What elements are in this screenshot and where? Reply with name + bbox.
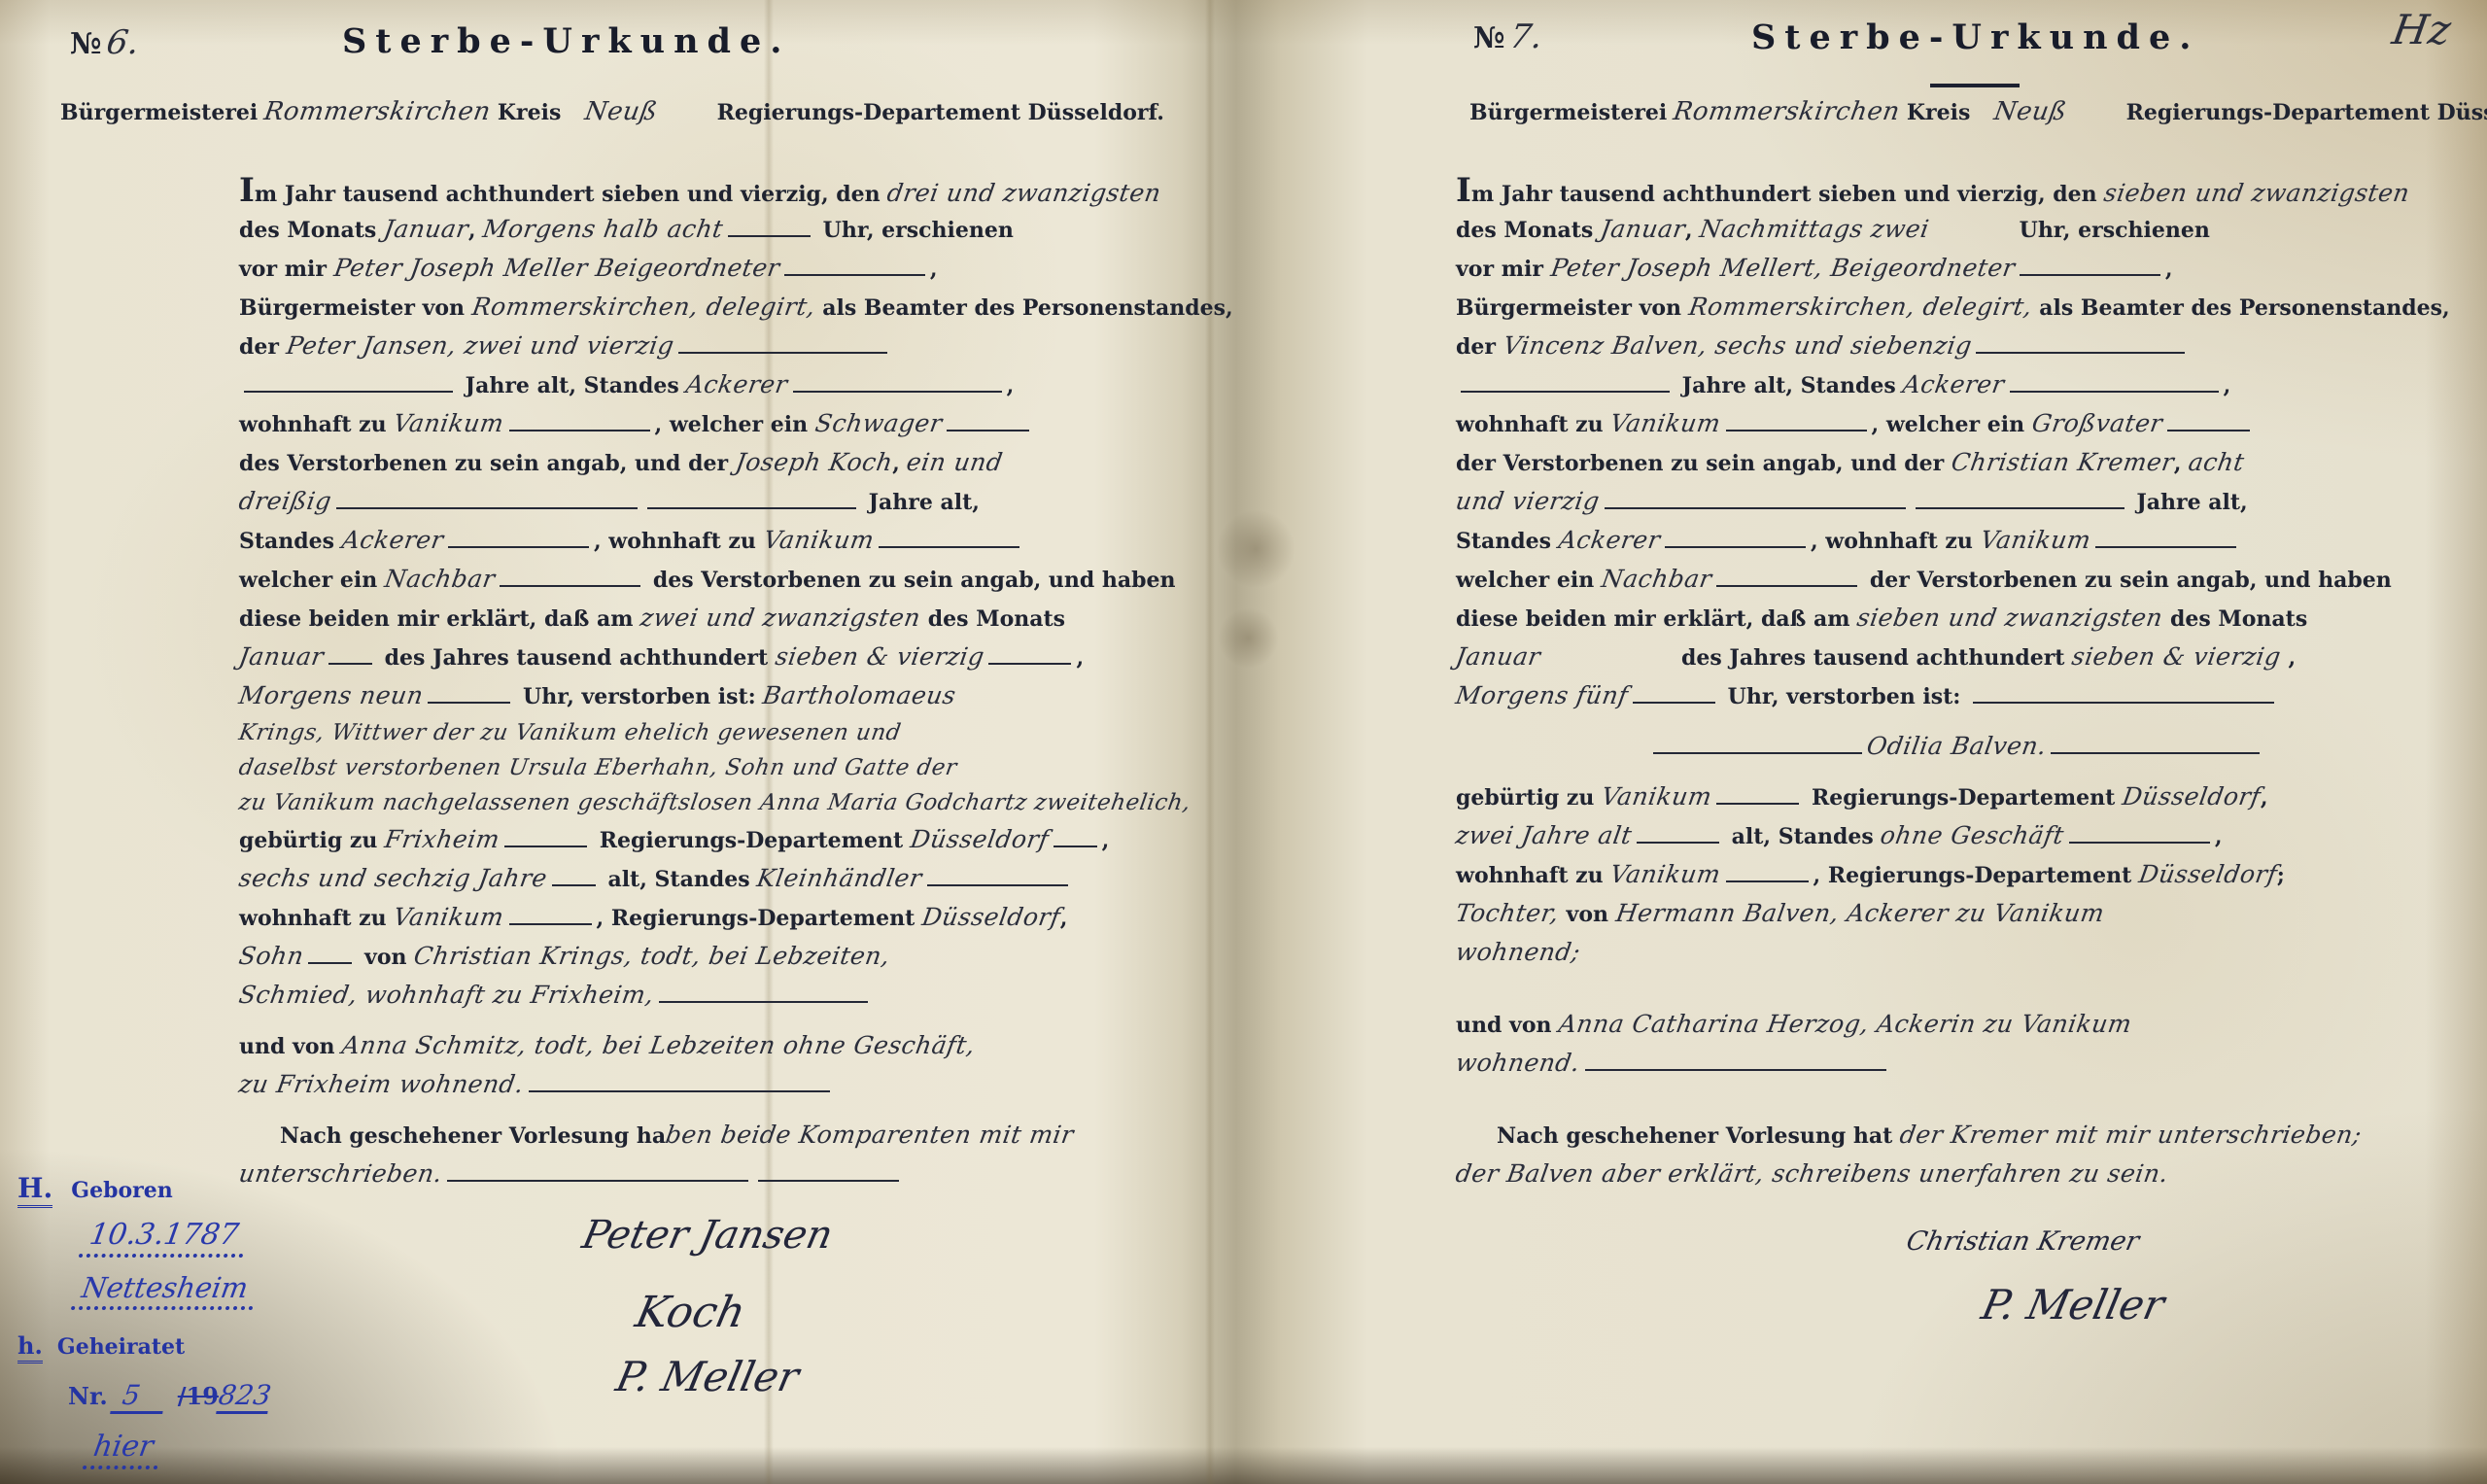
signature-registrar: P. Meller xyxy=(1978,1281,2169,1329)
blank-rule xyxy=(244,369,453,393)
married-row: h. Geheiratet xyxy=(17,1331,270,1360)
blank-rule xyxy=(988,641,1071,665)
handwritten-text: ben beide Komparenten mit mir xyxy=(663,1116,1077,1155)
form-line: gebürtig zu Frixheim Regierungs-Departem… xyxy=(239,820,1143,859)
printed-text: Nach geschehener Vorlesung ha xyxy=(280,1123,666,1149)
handwritten-text: Tochter, xyxy=(1453,894,1562,933)
spacer xyxy=(1540,643,1681,665)
form-line: Januar des Jahres tausend achthundert si… xyxy=(239,638,1143,676)
printed-text: alt, Standes xyxy=(601,867,757,892)
handwritten-text: sieben und zwanzigsten xyxy=(1854,599,2165,638)
handwritten-text: Bartholomaeus xyxy=(760,676,959,715)
blank-rule xyxy=(758,1158,899,1182)
handwritten-text: Ackerer xyxy=(1556,521,1664,560)
handwritten-text: Ackerer xyxy=(1900,365,2008,404)
born-place-handwritten: Nettesheim xyxy=(71,1271,259,1310)
handwritten-text: zwei und zwanzigsten xyxy=(638,599,923,638)
printed-text: Im Jahr tausend achthundert sieben und v… xyxy=(239,182,887,207)
form-line: wohnend; xyxy=(1456,933,2457,972)
handwritten-text: zu Vanikum nachgelassenen geschäftslosen… xyxy=(236,785,1193,820)
handwritten-text: der Kremer mit mir unterschrieben; xyxy=(1897,1116,2365,1155)
blank-rule xyxy=(1665,525,1806,548)
handwritten-text: Krings, Wittwer der zu Vanikum ehelich g… xyxy=(236,715,904,750)
blank-rule xyxy=(927,863,1068,886)
margin-notes: H. Geboren 10.3.1787 Nettesheim h. Gehei… xyxy=(17,1172,270,1483)
form-line: der Verstorbenen zu sein angab, und der … xyxy=(1456,443,2457,482)
mayoralty-value: Rommerskirchen xyxy=(1672,97,1902,126)
born-label-stamp: Geboren xyxy=(71,1178,172,1203)
blank-rule xyxy=(647,486,856,509)
printed-text: , xyxy=(1102,828,1110,853)
handwritten-text: der Balven aber erklärt, schreibens uner… xyxy=(1453,1155,2171,1193)
printed-text: , welcher ein xyxy=(1872,412,2032,437)
printed-text: alt, Standes xyxy=(1724,824,1881,849)
signature-declarant-2: Koch xyxy=(632,1288,750,1337)
handwritten-text: und vierzig xyxy=(1453,482,1603,521)
form-line: und vierzig Jahre alt, xyxy=(1456,482,2457,521)
born-initial-stamp: H. xyxy=(17,1172,52,1208)
printed-text: Jahre alt, Standes xyxy=(458,373,686,398)
blank-rule xyxy=(1973,680,2274,704)
printed-text: , xyxy=(1076,645,1084,671)
right-record-number: № 7. xyxy=(1473,17,1542,56)
right-bureau-line: Bürgermeisterei Rommerskirchen Kreis Neu… xyxy=(1469,97,2487,126)
mayoralty-label: Bürgermeisterei xyxy=(60,100,258,125)
printed-text: Uhr, verstorben ist: xyxy=(1720,684,1968,709)
form-line: sechs und sechzig Jahre alt, Standes Kle… xyxy=(239,859,1143,898)
handwritten-text: Sohn xyxy=(236,937,307,976)
printed-text: diese beiden mir erklärt, daß am xyxy=(239,606,640,632)
blank-rule xyxy=(2069,820,2210,844)
blank-rule xyxy=(552,863,596,886)
printed-text: des Jahres tausend achthundert xyxy=(1681,645,2072,671)
printed-text: Jahre alt, xyxy=(861,490,980,515)
handwritten-text: wohnend. xyxy=(1453,1044,1583,1083)
handwritten-text: Ackerer xyxy=(683,365,791,404)
blank-rule xyxy=(328,641,372,665)
handwritten-text: Schmied, wohnhaft zu Frixheim, xyxy=(236,976,657,1015)
blank-rule xyxy=(336,486,638,509)
printed-text: des Jahres tausend achthundert xyxy=(377,645,776,671)
numero-sign: № xyxy=(70,27,102,61)
handwritten-text: ohne Geschäft xyxy=(1878,816,2067,855)
printed-text: als Beamter des Personenstandes, xyxy=(2032,295,2450,321)
right-page-title: Sterbe-Urkunde. xyxy=(1751,17,2199,57)
form-line: wohnhaft zu Vanikum, Regierungs-Departem… xyxy=(239,898,1143,937)
blank-rule xyxy=(448,525,589,548)
blank-rule xyxy=(308,941,352,964)
handwritten-text: daselbst verstorbenen Ursula Eberhahn, S… xyxy=(236,750,959,785)
form-line: wohnhaft zu Vanikum, Regierungs-Departem… xyxy=(1456,855,2457,894)
printed-text: des Monats xyxy=(239,218,384,243)
handwritten-text: Morgens fünf xyxy=(1453,676,1631,715)
blank-rule xyxy=(947,408,1029,431)
handwritten-text: ein und xyxy=(904,443,1006,482)
form-line: zu Vanikum nachgelassenen geschäftslosen… xyxy=(239,785,1143,820)
form-line: Bürgermeister von Rommerskirchen, delegi… xyxy=(1456,288,2457,327)
printed-text: des Monats xyxy=(920,606,1065,632)
blank-rule xyxy=(784,253,925,276)
handwritten-text: zwei Jahre alt xyxy=(1453,816,1635,855)
form-line: Odilia Balven. xyxy=(1456,727,2457,766)
blank-rule xyxy=(1054,824,1097,847)
printed-text: des Verstorbenen zu sein angab, und habe… xyxy=(645,568,1175,593)
blank-rule xyxy=(2020,253,2160,276)
form-line: Schmied, wohnhaft zu Frixheim, xyxy=(239,976,1143,1015)
blank-rule xyxy=(504,824,587,847)
form-line: Januardes Jahres tausend achthundert sie… xyxy=(1456,638,2457,676)
blank-rule xyxy=(659,980,868,1003)
printed-text: Regierungs-Departement xyxy=(592,828,911,853)
mayoralty-label: Bürgermeisterei xyxy=(1469,100,1667,125)
blank-rule xyxy=(1605,486,1906,509)
printed-text: , wohnhaft zu xyxy=(594,529,764,554)
form-line: Tochter, von Hermann Balven, Ackerer zu … xyxy=(1456,894,2457,933)
printed-text: welcher ein xyxy=(1456,568,1602,593)
blank-rule xyxy=(509,902,592,925)
blank-rule xyxy=(1716,781,1799,805)
printed-text: , xyxy=(2224,373,2231,398)
handwritten-text: Christian Krings, todt, bei Lebzeiten, xyxy=(411,937,893,976)
form-line: Standes Ackerer, wohnhaft zu Vanikum xyxy=(239,521,1143,560)
paper-crease xyxy=(1205,0,1215,1484)
born-place-row: Nettesheim xyxy=(74,1271,270,1310)
handwritten-text: drei und zwanzigsten xyxy=(884,174,1164,213)
handwritten-text: Vanikum xyxy=(391,898,507,937)
blank-rule xyxy=(428,680,510,704)
handwritten-text: Morgens halb acht xyxy=(480,210,726,249)
blank-rule xyxy=(1976,330,2185,354)
printed-text: von xyxy=(357,945,414,970)
blank-rule xyxy=(509,408,650,431)
printed-text: vor mir xyxy=(1456,257,1551,282)
form-line: der Peter Jansen, zwei und vierzig xyxy=(239,327,1143,365)
handwritten-text: Januar xyxy=(1598,210,1688,249)
handwritten-text: Odilia Balven. xyxy=(1864,727,2050,766)
form-line: wohnhaft zu Vanikum, welcher ein Schwage… xyxy=(239,404,1143,443)
handwritten-text: Düsseldorf xyxy=(2136,855,2280,894)
handwritten-text: Vanikum xyxy=(1607,855,1724,894)
handwritten-text: Nachbar xyxy=(1599,560,1715,599)
handwritten-text: Hermann Balven, Ackerer zu Vanikum xyxy=(1613,894,2107,933)
handwritten-text: Rommerskirchen, delegirt, xyxy=(1686,288,2035,327)
printed-text: des Monats xyxy=(2162,606,2307,632)
printed-text: und von xyxy=(239,1034,342,1059)
handwritten-text: Schwager xyxy=(812,404,946,443)
born-date-handwritten: 10.3.1787 xyxy=(79,1218,249,1258)
left-bureau-line: Bürgermeisterei Rommerskirchen Kreis Neu… xyxy=(60,97,1164,126)
death-register-photo: № 6. Sterbe-Urkunde. Bürgermeisterei Rom… xyxy=(0,0,2487,1484)
blank-rule xyxy=(1633,680,1715,704)
printed-text: wohnhaft zu xyxy=(1456,863,1610,888)
numero-sign: № xyxy=(1473,21,1505,55)
handwritten-text: sieben & vierzig xyxy=(2069,638,2284,676)
form-line: wohnend. xyxy=(1456,1044,2457,1083)
printed-text: , xyxy=(2215,824,2223,849)
blank-rule xyxy=(2167,408,2250,431)
printed-text: , xyxy=(930,257,938,282)
form-line: Jahre alt, Standes Ackerer, xyxy=(1456,365,2457,404)
blank-rule xyxy=(500,564,640,587)
printed-text: Im Jahr tausend achthundert sieben und v… xyxy=(1456,182,2104,207)
printed-text: Jahre alt, Standes xyxy=(1675,373,1903,398)
form-line: und von Anna Catharina Herzog, Ackerin z… xyxy=(1456,1005,2457,1044)
printed-text: , wohnhaft zu xyxy=(1811,529,1981,554)
handwritten-text: Vanikum xyxy=(391,404,507,443)
kreis-value: Neuß xyxy=(583,97,660,126)
handwritten-text: sechs und sechzig Jahre xyxy=(236,859,550,898)
blank-rule xyxy=(879,525,1019,548)
handwritten-text: Großvater xyxy=(2029,404,2165,443)
form-line: welcher ein Nachbar des Verstorbenen zu … xyxy=(239,560,1143,599)
marriage-year-stamp-struck: /19 xyxy=(178,1382,219,1410)
signature-declarant-1: Peter Jansen xyxy=(578,1213,837,1258)
married-initial-stamp: h. xyxy=(17,1331,43,1363)
handwritten-text: Anna Catharina Herzog, Ackerin zu Vaniku… xyxy=(1556,1005,2135,1044)
department-label: Regierungs-Departement Düsseldorf. xyxy=(717,100,1164,125)
handwritten-text: wohnend; xyxy=(1453,933,1583,972)
married-place-row: hier xyxy=(86,1430,270,1469)
form-line: vor mir Peter Joseph Meller Beigeordnete… xyxy=(239,249,1143,288)
handwritten-text: sieben & vierzig xyxy=(773,638,987,676)
printed-text: wohnhaft zu xyxy=(239,412,394,437)
handwritten-text: sieben und zwanzigsten xyxy=(2101,174,2412,213)
blank-rule xyxy=(1726,408,1867,431)
form-line: vor mir Peter Joseph Mellert, Beigeordne… xyxy=(1456,249,2457,288)
title-rule xyxy=(1930,84,2020,87)
form-line: Bürgermeister von Rommerskirchen, delegi… xyxy=(239,288,1143,327)
form-line: Nach geschehener Vorlesung haben beide K… xyxy=(280,1116,1143,1155)
handwritten-text: Januar xyxy=(236,638,327,676)
handwritten-text: Kleinhändler xyxy=(754,859,925,898)
printed-text: Regierungs-Departement xyxy=(1804,785,2123,811)
printed-text: Bürgermeister von xyxy=(1456,295,1689,321)
form-line: zwei Jahre alt alt, Standes ohne Geschäf… xyxy=(1456,816,2457,855)
blank-rule xyxy=(1461,369,1670,393)
printed-text: Standes xyxy=(239,529,342,554)
handwritten-text: dreißig xyxy=(236,482,334,521)
handwritten-text: Ackerer xyxy=(339,521,447,560)
form-line: Krings, Wittwer der zu Vanikum ehelich g… xyxy=(239,715,1143,750)
form-line: daselbst verstorbenen Ursula Eberhahn, S… xyxy=(239,750,1143,785)
printed-text: Standes xyxy=(1456,529,1559,554)
kreis-label: Kreis xyxy=(498,100,561,125)
handwritten-text: Vanikum xyxy=(760,521,877,560)
form-line: Im Jahr tausend achthundert sieben und v… xyxy=(1456,171,2457,210)
form-line: Nach geschehener Vorlesung hat der Kreme… xyxy=(1497,1116,2457,1155)
blank-rule xyxy=(793,369,1002,393)
printed-text: , Regierungs-Departement xyxy=(1813,863,2139,888)
form-line: wohnhaft zu Vanikum, welcher ein Großvat… xyxy=(1456,404,2457,443)
born-row: H. Geboren xyxy=(17,1172,270,1204)
handwritten-text: Vincenz Balven, sechs und siebenzig xyxy=(1500,327,1974,365)
printed-text: der xyxy=(239,334,287,360)
born-date-row: 10.3.1787 xyxy=(82,1218,270,1258)
printed-text: der Verstorbenen zu sein angab, und der xyxy=(1456,451,1952,476)
record-number-handwritten: 6. xyxy=(104,23,143,62)
blank-rule xyxy=(447,1158,748,1182)
handwritten-text: Düsseldorf xyxy=(919,898,1063,937)
blank-rule xyxy=(529,1069,830,1092)
printed-text: welcher ein xyxy=(239,568,385,593)
handwritten-text: Januar xyxy=(1453,638,1543,676)
handwritten-text: Nachbar xyxy=(382,560,499,599)
printed-text: Jahre alt, xyxy=(2129,490,2248,515)
corner-ink-mark: Hz xyxy=(2389,6,2455,53)
printed-text: des Verstorbenen zu sein angab, und der xyxy=(239,451,736,476)
handwritten-text: Peter Joseph Meller Beigeordneter xyxy=(330,249,782,288)
handwritten-text: Januar xyxy=(381,210,471,249)
handwritten-text: Vanikum xyxy=(1977,521,2093,560)
handwritten-text: Anna Schmitz, todt, bei Lebzeiten ohne G… xyxy=(339,1026,978,1065)
blank-rule xyxy=(728,214,811,237)
handwritten-text: Christian Kremer xyxy=(1949,443,2177,482)
handwritten-text: zu Frixheim wohnend. xyxy=(236,1065,527,1104)
form-line: diese beiden mir erklärt, daß am zwei un… xyxy=(239,599,1143,638)
kreis-value: Neuß xyxy=(1992,97,2069,126)
record-number-handwritten: 7. xyxy=(1507,17,1546,56)
handwritten-text: Frixheim xyxy=(382,820,502,859)
form-line: unterschrieben. xyxy=(239,1155,1143,1193)
form-line: diese beiden mir erklärt, daß am sieben … xyxy=(1456,599,2457,638)
handwritten-text: Düsseldorf xyxy=(2120,777,2263,816)
left-record-number: № 6. xyxy=(70,23,139,62)
form-line: und von Anna Schmitz, todt, bei Lebzeite… xyxy=(239,1026,1143,1065)
blank-rule xyxy=(1916,486,2124,509)
form-line: der Balven aber erklärt, schreibens uner… xyxy=(1456,1155,2457,1193)
signature-declarant: Christian Kremer xyxy=(1904,1226,2142,1257)
printed-text: Nach geschehener Vorlesung hat xyxy=(1497,1123,1900,1149)
form-line: zu Frixheim wohnend. xyxy=(239,1065,1143,1104)
left-body-text: Im Jahr tausend achthundert sieben und v… xyxy=(239,171,1143,1193)
printed-text: von xyxy=(1559,902,1616,927)
handwritten-text: Rommerskirchen, delegirt, xyxy=(469,288,818,327)
handwritten-text: Peter Joseph Mellert, Beigeordneter xyxy=(1547,249,2018,288)
handwritten-text: Düsseldorf xyxy=(908,820,1052,859)
married-label-stamp: Geheiratet xyxy=(57,1334,185,1360)
form-line: gebürtig zu Vanikum Regierungs-Departeme… xyxy=(1456,777,2457,816)
kreis-label: Kreis xyxy=(1907,100,1970,125)
handwritten-text: acht xyxy=(2186,443,2247,482)
printed-text: Uhr, verstorben ist: xyxy=(515,684,763,709)
handwritten-text: Vanikum xyxy=(1599,777,1715,816)
handwritten-text: Nachmittags zwei xyxy=(1697,210,1932,249)
printed-text: , welcher ein xyxy=(655,412,815,437)
form-line: Im Jahr tausend achthundert sieben und v… xyxy=(239,171,1143,210)
form-line: welcher ein Nachbar der Verstorbenen zu … xyxy=(1456,560,2457,599)
blank-rule xyxy=(1716,564,1857,587)
printed-text: , Regierungs-Departement xyxy=(597,906,922,931)
marriage-no-handwritten: 5 xyxy=(110,1379,168,1414)
signature-registrar: P. Meller xyxy=(612,1353,804,1400)
department-label: Regierungs-Departement Düsseldorf. xyxy=(2126,100,2487,125)
form-line: Morgens neun Uhr, verstorben ist: Bartho… xyxy=(239,676,1143,715)
blank-rule xyxy=(1637,820,1719,844)
handwritten-text: Peter Jansen, zwei und vierzig xyxy=(283,327,676,365)
form-line: des Monats Januar, Morgens halb acht Uhr… xyxy=(239,210,1143,249)
printed-text: wohnhaft zu xyxy=(239,906,394,931)
mayoralty-value: Rommerskirchen xyxy=(262,97,493,126)
blank-rule xyxy=(1585,1048,1886,1071)
blank-rule xyxy=(678,330,887,354)
blank-rule xyxy=(2095,525,2236,548)
blank-rule xyxy=(2051,731,2260,754)
handwritten-text: Joseph Koch xyxy=(733,443,896,482)
handwritten-text: Morgens neun xyxy=(236,676,427,715)
printed-text: der Verstorbenen zu sein angab, und habe… xyxy=(1862,568,2392,593)
printed-text: , xyxy=(2281,645,2296,671)
form-line: Standes Ackerer, wohnhaft zu Vanikum xyxy=(1456,521,2457,560)
married-number-row: Nr. 5 /19823 xyxy=(68,1379,270,1414)
form-line: der Vincenz Balven, sechs und siebenzig xyxy=(1456,327,2457,365)
form-line: dreißig Jahre alt, xyxy=(239,482,1143,521)
blank-rule xyxy=(1653,731,1862,754)
printed-text: , xyxy=(1007,373,1015,398)
spacer xyxy=(1929,216,2012,237)
marriage-year-handwritten: 823 xyxy=(216,1379,273,1414)
printed-text: Bürgermeister von xyxy=(239,295,472,321)
printed-text: des Monats xyxy=(1456,218,1601,243)
printed-text: und von xyxy=(1456,1013,1559,1038)
form-line: Jahre alt, Standes Ackerer, xyxy=(239,365,1143,404)
blank-rule xyxy=(1726,859,1809,882)
printed-text: Uhr, erschienen xyxy=(815,218,1014,243)
form-line: Sohn von Christian Krings, todt, bei Leb… xyxy=(239,937,1143,976)
form-line: Morgens fünf Uhr, verstorben ist: xyxy=(1456,676,2457,715)
printed-text: Uhr, erschienen xyxy=(2012,218,2210,243)
handwritten-text: Vanikum xyxy=(1607,404,1724,443)
marriage-no-label-stamp: Nr. xyxy=(68,1382,108,1410)
printed-text: diese beiden mir erklärt, daß am xyxy=(1456,606,1857,632)
printed-text: , xyxy=(2165,257,2173,282)
marriage-place-handwritten: hier xyxy=(83,1430,164,1469)
blank-rule xyxy=(2010,369,2219,393)
left-page-title: Sterbe-Urkunde. xyxy=(342,21,790,61)
form-line: des Monats Januar, Nachmittags zwei Uhr,… xyxy=(1456,210,2457,249)
right-body-text: Im Jahr tausend achthundert sieben und v… xyxy=(1456,171,2457,1193)
printed-text: vor mir xyxy=(239,257,334,282)
printed-text: gebürtig zu xyxy=(239,828,385,853)
printed-text: wohnhaft zu xyxy=(1456,412,1610,437)
printed-text: gebürtig zu xyxy=(1456,785,1602,811)
printed-text: als Beamter des Personenstandes, xyxy=(815,295,1233,321)
form-line: des Verstorbenen zu sein angab, und der … xyxy=(239,443,1143,482)
printed-text: der xyxy=(1456,334,1503,360)
